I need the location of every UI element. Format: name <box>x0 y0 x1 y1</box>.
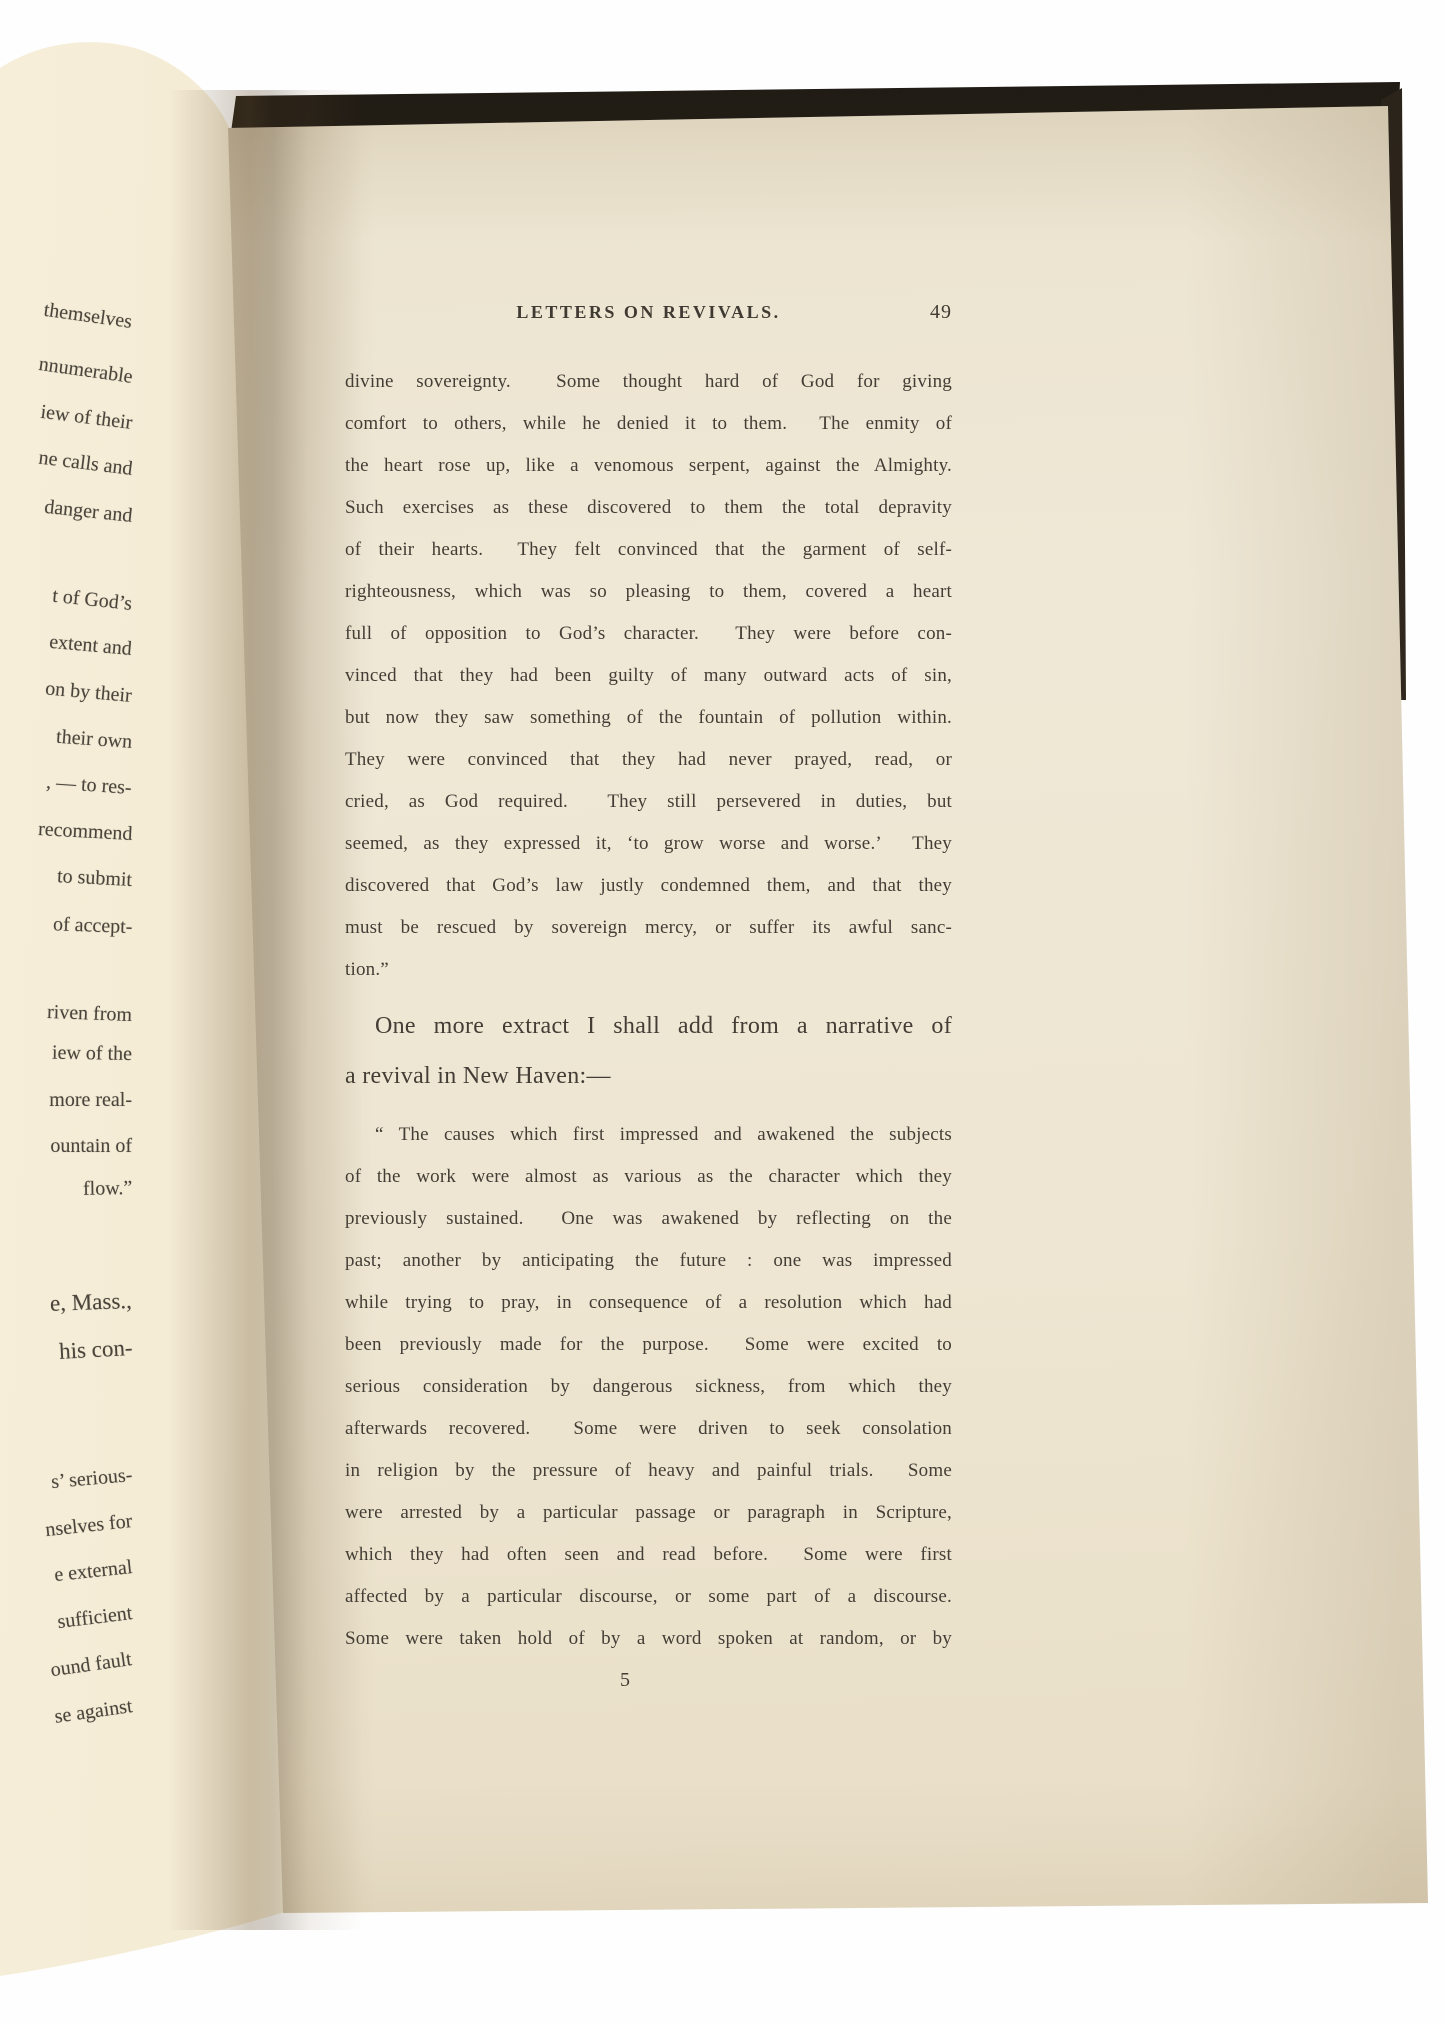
text-line: Some were taken hold of by a word spoken… <box>345 1618 952 1660</box>
signature-mark: 5 <box>345 1659 905 1701</box>
text-line: while trying to pray, in consequence of … <box>345 1282 952 1324</box>
text-line: a revival in New Haven:— <box>345 1051 952 1101</box>
text-line: in religion by the pressure of heavy and… <box>345 1450 952 1492</box>
verso-text-fragment: his con- <box>58 1335 133 1365</box>
text-line: One more extract I shall add from a narr… <box>345 1001 952 1051</box>
verso-text-fragment: ne calls and <box>37 446 134 480</box>
page-header: LETTERS ON REVIVALS. 49 <box>345 297 952 327</box>
text-line: were arrested by a particular passage or… <box>345 1492 952 1534</box>
text-line: of their hearts. They felt convinced tha… <box>345 529 952 571</box>
verso-text-fragment: ountain of <box>50 1135 132 1158</box>
verso-text-fragment: iew of their <box>39 400 133 434</box>
running-head-title: LETTERS ON REVIVALS. <box>345 297 952 327</box>
text-line: righteousness, which was so pleasing to … <box>345 571 952 613</box>
verso-text-fragment: t of God’s <box>51 584 133 615</box>
text-line: They were convinced that they had never … <box>345 739 952 781</box>
verso-text-fragment: of accept- <box>52 913 132 939</box>
page-number: 49 <box>930 297 952 327</box>
text-line: cried, as God required. They still perse… <box>345 781 952 823</box>
text-line: serious consideration by dangerous sickn… <box>345 1366 952 1408</box>
text-line: the heart rose up, like a venomous serpe… <box>345 445 952 487</box>
verso-text-fragment: themselves <box>42 298 133 333</box>
verso-text-fragment: flow.” <box>83 1177 133 1201</box>
text-line: must be rescued by sovereign mercy, or s… <box>345 907 952 949</box>
narrative-intro-paragraph: One more extract I shall add from a narr… <box>345 1001 952 1101</box>
text-line: been previously made for the purpose. So… <box>345 1324 952 1366</box>
verso-text-fragment: to submit <box>56 865 132 892</box>
verso-text-fragment: se against <box>53 1695 134 1729</box>
extract-paragraph-2: “ The causes which first impressed and a… <box>345 1114 952 1660</box>
verso-text-fragment: extent and <box>49 630 133 660</box>
book-photograph: themselvesnnumerableiew of theirne calls… <box>0 0 1445 2023</box>
verso-text-fragment: on by their <box>45 677 133 707</box>
verso-text-fragment: iew of the <box>52 1041 132 1065</box>
text-line: divine sovereignty. Some thought hard of… <box>345 361 952 403</box>
verso-text-fragment: e, Mass., <box>50 1288 133 1317</box>
text-line: previously sustained. One was awakened b… <box>345 1198 952 1240</box>
text-line: past; another by anticipating the future… <box>345 1240 952 1282</box>
text-line: full of opposition to God’s character. T… <box>345 613 952 655</box>
text-line: seemed, as they expressed it, ‘to grow w… <box>345 823 952 865</box>
text-line: of the work were almost as various as th… <box>345 1156 952 1198</box>
text-line: tion.” <box>345 949 952 991</box>
text-line: Such exercises as these discovered to th… <box>345 487 952 529</box>
text-line: discovered that God’s law justly condemn… <box>345 865 952 907</box>
text-line: but now they saw something of the founta… <box>345 697 952 739</box>
verso-text-fragment: ound fault <box>50 1648 134 1682</box>
text-line: which they had often seen and read befor… <box>345 1534 952 1576</box>
verso-text-fragment: danger and <box>43 495 133 527</box>
text-line: afterwards recovered. Some were driven t… <box>345 1408 952 1450</box>
verso-text-fragment: their own <box>55 725 133 753</box>
verso-text-fragment: sufficient <box>56 1602 133 1634</box>
verso-text-fragment: more real- <box>49 1089 132 1112</box>
text-line: vinced that they had been guilty of many… <box>345 655 952 697</box>
extract-paragraph-1: divine sovereignty. Some thought hard of… <box>345 361 952 991</box>
text-line: “ The causes which first impressed and a… <box>345 1114 952 1156</box>
verso-text-fragment: recommend <box>37 818 132 846</box>
verso-text-fragment: riven from <box>47 1001 133 1027</box>
text-line: comfort to others, while he denied it to… <box>345 403 952 445</box>
verso-text-fragment: nnumerable <box>37 353 134 389</box>
text-line: affected by a particular discourse, or s… <box>345 1576 952 1618</box>
verso-text-fragment: nselves for <box>44 1510 133 1542</box>
verso-text-fragment: , — to res- <box>46 771 133 800</box>
verso-text-fragment: s’ serious- <box>50 1464 133 1494</box>
verso-text-fragment: e external <box>53 1556 133 1587</box>
